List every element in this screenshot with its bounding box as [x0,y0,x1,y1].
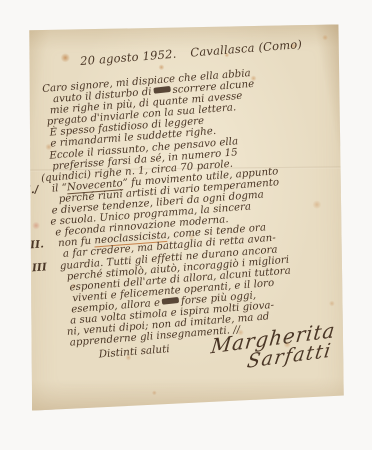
photo-frame: 20 agosto 1952.Cavallasca (Como) Caro si… [0,0,372,450]
foxing-spot [152,390,157,395]
ink-blot-strikeout [153,86,171,94]
letter-writing: 20 agosto 1952.Cavallasca (Como) Caro si… [24,36,339,367]
letter-date: 20 agosto 1952. [80,47,177,68]
ink-blot-strikeout [162,297,180,305]
letter-paper: 20 agosto 1952.Cavallasca (Como) Caro si… [28,24,344,410]
foxing-spot [322,35,328,41]
letter-body: Caro signore, mi dispiace che ella abbia… [26,63,338,351]
letter-place: Cavallasca (Como) [190,37,303,60]
